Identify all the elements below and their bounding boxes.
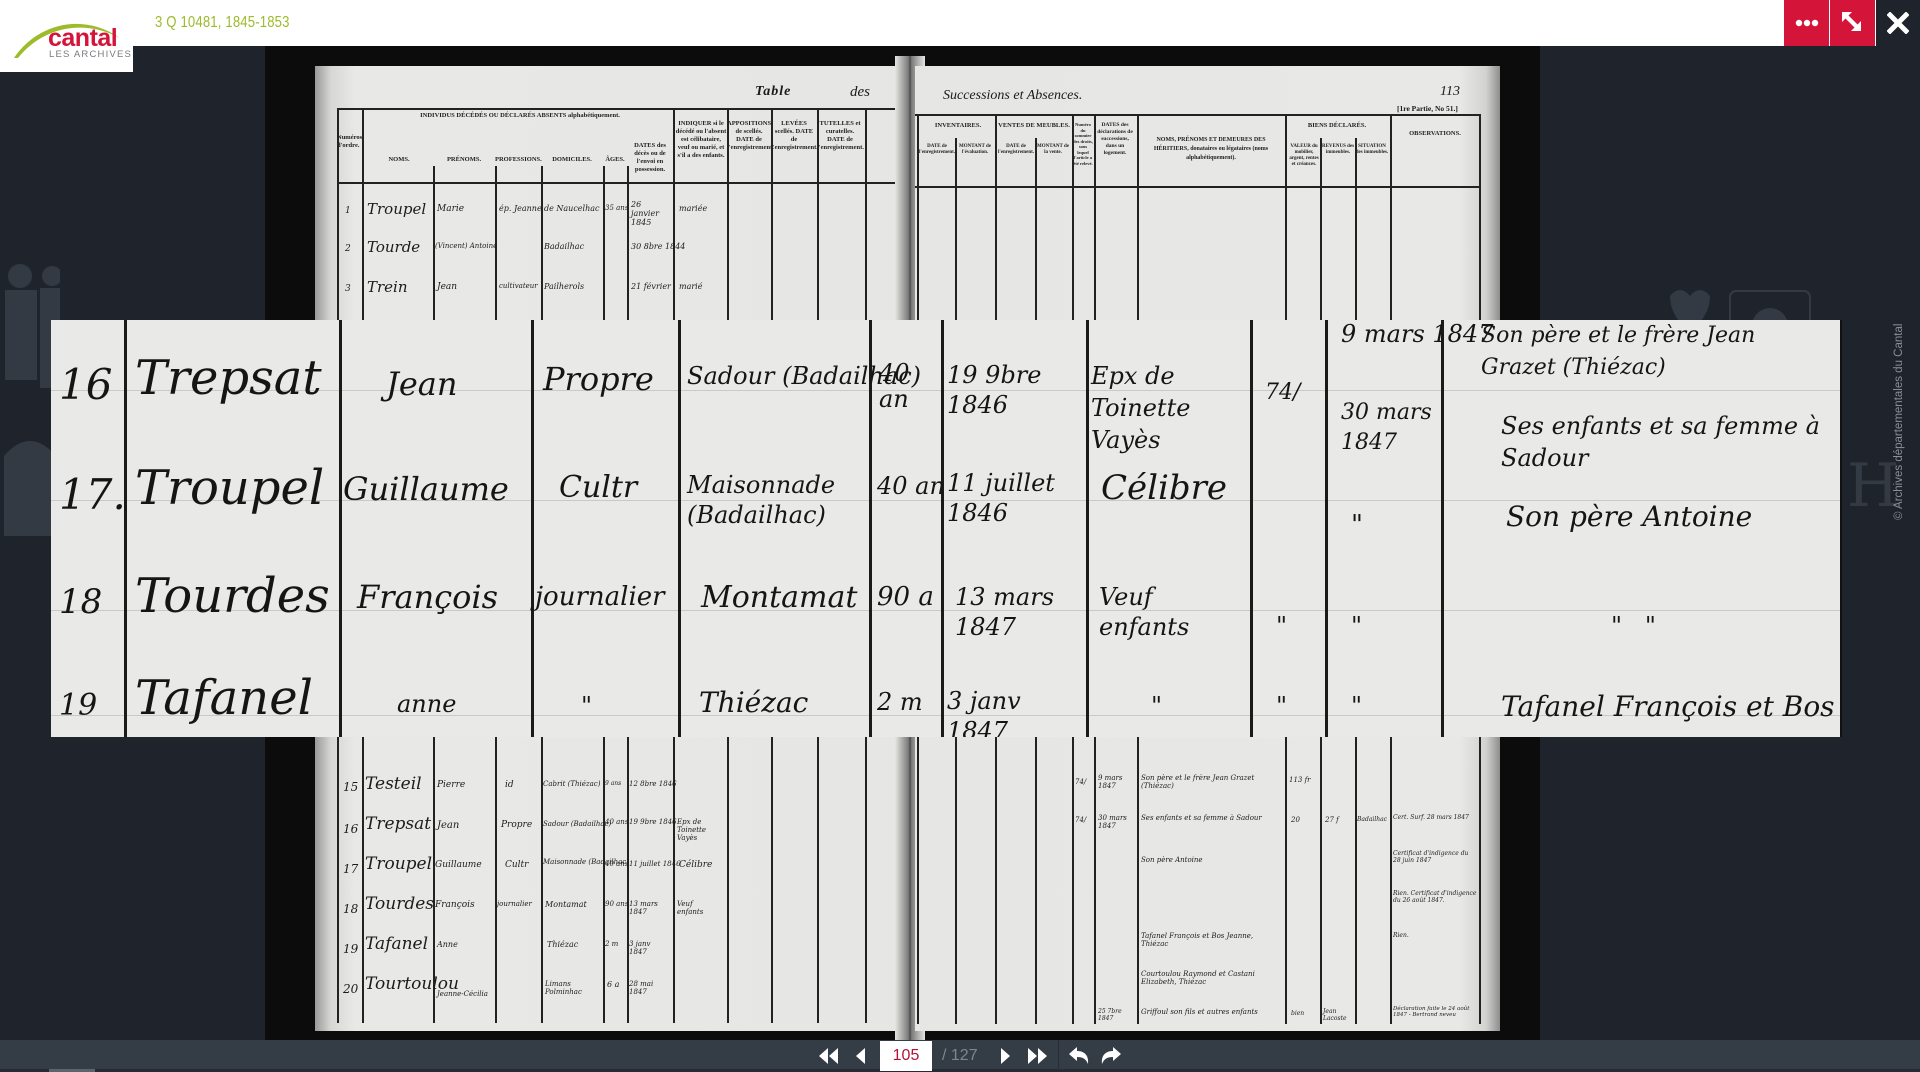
header-numeros: Numéros d'ordre. (337, 134, 359, 150)
row-heirs: Son père et le frère Jean Grazet (Thiéza… (1141, 774, 1281, 790)
row-profession: Propre (501, 820, 532, 830)
rotate-left-button[interactable] (1063, 1040, 1095, 1072)
row-situation: Badailhac (1357, 816, 1387, 823)
toolbar-divider (1058, 1040, 1059, 1072)
row-firstname: Pierre (437, 780, 465, 790)
row-domicile: de Naucelhac (544, 204, 600, 213)
row-date: 3 janv 1847 (947, 686, 1067, 737)
row-heirs: Tafanel François et Bos (1501, 690, 1835, 723)
lens-heirs: Son père et le frère Jean Grazet (Thiéza… (1481, 320, 1821, 384)
row-heirs: Ses enfants et sa femme à Sadour (1141, 814, 1281, 822)
fullscreen-button[interactable] (1830, 0, 1875, 46)
row-age: 40 ans (605, 818, 628, 826)
row-status: Veuf enfants (1099, 582, 1239, 642)
row-name: Trein (367, 278, 408, 296)
row-date: 28 mai 1847 (629, 980, 669, 996)
row-firstname: Jean (437, 820, 459, 831)
row-profession: id (505, 780, 514, 790)
row-firstname: Guillaume (343, 470, 509, 508)
row-age: 6 a (607, 980, 619, 989)
header-ventes-date: DATE de l'enregistrement. (997, 144, 1035, 156)
row-profession: cultivateur (499, 282, 538, 290)
page-number-input[interactable] (880, 1041, 932, 1071)
row-name: Troupel (367, 200, 426, 218)
page-total: / 127 (942, 1047, 978, 1065)
pagination-controls: / 127 (812, 1040, 1127, 1072)
row-age: 9 ans (605, 780, 621, 787)
row-age: 40 an (879, 360, 935, 412)
row-status: mariée (679, 204, 707, 213)
row-status: Célibre (1101, 468, 1227, 508)
row-firstname: François (435, 900, 475, 910)
row-age: 2 m (605, 940, 618, 948)
row-name: Tafanel (365, 934, 428, 954)
row-number: 16 (59, 360, 112, 409)
rotate-right-button[interactable] (1095, 1040, 1127, 1072)
row-profession: Propre (543, 360, 654, 398)
row-revenue: Jean Lacoste (1323, 1008, 1355, 1022)
row-status: Célibre (679, 860, 712, 870)
copyright-notice: © Archives départementales du Cantal (1893, 324, 1905, 520)
column-line (941, 320, 944, 737)
next-page-button[interactable] (990, 1040, 1022, 1072)
first-page-button[interactable] (812, 1040, 844, 1072)
row-heirs: Ses enfants et sa femme à Sadour (1501, 410, 1831, 474)
header-indiquer: INDIQUER si le décédé ou l'absent est cé… (675, 120, 727, 160)
row-domicile: Cabrit (Thiézac) (543, 780, 600, 788)
column-line (1441, 320, 1444, 737)
row-firstname: Anne (437, 940, 458, 949)
row-number: 17. (59, 470, 126, 519)
header-observations: OBSERVATIONS. (1393, 130, 1477, 138)
header-sommier: Numéro du sommier des droits, sous leque… (1073, 122, 1093, 166)
row-date: 30 8bre 1844 (631, 242, 685, 251)
column-line (531, 320, 534, 737)
chevron-right-icon (1000, 1047, 1012, 1065)
row-heirs: Son père Antoine (1141, 856, 1203, 864)
row-domicile: Thiézac (547, 940, 578, 949)
row-name: Tourdes (365, 894, 434, 914)
row-age: 35 ans (605, 204, 628, 212)
header-rule-bottom (915, 186, 1480, 188)
row-date: 13 mars 1847 (955, 582, 1075, 642)
row-date: 12 8bre 1846 (629, 780, 677, 788)
row-status: " (1151, 692, 1162, 720)
row-value: 113 fr (1289, 776, 1311, 784)
row-number: 15 (343, 780, 358, 794)
row-name: Trepsat (365, 814, 431, 834)
row-sommier: 74/ (1265, 380, 1300, 405)
row-date: 11 juillet 1846 (629, 860, 681, 868)
row-firstname: Guillaume (435, 860, 482, 870)
column-line (1325, 320, 1328, 737)
row-status: Epx de Toinette Vayès (1091, 360, 1247, 456)
row-firstname: Jean (386, 365, 457, 403)
row-status: Veuf enfants (677, 900, 717, 916)
row-name: Tafanel (135, 670, 313, 726)
header-professions: PROFESSIONS. (495, 156, 541, 164)
expand-arrows-icon (1840, 10, 1866, 36)
row-domicile: Limans Polminhac (545, 980, 601, 996)
row-observations: Rien. (1393, 932, 1409, 939)
row-decl-date: " (1351, 692, 1362, 720)
row-domicile: Montamat (701, 580, 857, 615)
row-number: 3 (345, 284, 351, 294)
row-name: Troupel (135, 460, 324, 516)
chevron-left-icon (854, 1047, 866, 1065)
row-heirs: " " (1611, 612, 1656, 640)
header-dates-declarations: DATES des déclarations de successions, d… (1095, 122, 1135, 157)
row-name: Tourdes (135, 568, 330, 624)
previous-page-button[interactable] (844, 1040, 876, 1072)
folio-number: 113 (1440, 84, 1460, 100)
row-profession: Cultr (559, 470, 637, 505)
row-number: 18 (59, 582, 102, 622)
row-decl-date: " (1351, 510, 1363, 540)
row-status: Epx de Toinette Vayès (677, 818, 723, 842)
part-label: [1re Partie, No 51.] (1397, 104, 1458, 113)
row-domicile: Badailhac (544, 242, 584, 251)
svg-text:H: H (1847, 451, 1899, 521)
header-noms: NOMS. (365, 156, 433, 164)
last-page-button[interactable] (1022, 1040, 1054, 1072)
row-decl-date: 9 mars 1847 (1098, 774, 1134, 790)
row-heirs: Griffoul son fils et autres enfants (1141, 1008, 1281, 1016)
row-date: 3 janv 1847 (629, 940, 669, 956)
header-valeur: VALEUR du mobilier, argent, rentes et cr… (1287, 144, 1321, 168)
more-options-button[interactable] (1784, 0, 1829, 46)
magnifier-lens[interactable]: 9 mars 1847 Son père et le frère Jean Gr… (51, 320, 1842, 737)
row-heirs: Son père Antoine (1506, 500, 1752, 533)
header-tutelles: TUTELLES et curatelles. DATE de l'enregi… (817, 120, 863, 152)
row-number: 19 (343, 942, 358, 956)
row-decl-date: " (1351, 612, 1362, 640)
row-age: 90 a (877, 582, 934, 612)
row-domicile: Pailherols (544, 282, 584, 291)
row-number: 20 (343, 982, 358, 996)
row-date: 13 mars 1847 (629, 900, 671, 916)
row-firstname: anne (397, 690, 456, 718)
column-line (678, 320, 681, 737)
header-dates: DATES des décès ou de l'envoi en possess… (627, 142, 673, 174)
row-observations: Cert. Surf. 28 mars 1847 (1393, 814, 1477, 821)
row-number: 1 (345, 206, 351, 216)
row-number: 16 (343, 822, 358, 836)
header-domiciles: DOMICILES. (541, 156, 603, 164)
row-name: Troupel (365, 854, 432, 874)
header-situation: SITUATION des immeubles. (1355, 144, 1389, 156)
header-prenoms: PRÉNOMS. (433, 156, 495, 164)
row-number: 17 (343, 862, 358, 876)
row-name: Trepsat (135, 350, 322, 406)
row-decl-date: 30 mars 1847 (1341, 398, 1437, 458)
row-heirs: Tafanel François et Bos Jeanne, Thiézac (1141, 932, 1281, 948)
row-profession: journalier (535, 582, 665, 612)
row-name: Testeil (365, 774, 422, 794)
double-chevron-right-icon (1027, 1047, 1049, 1065)
header-individus-group: INDIVIDUS DÉCÉDÉS OU DÉCLARÉS ABSENTS al… (365, 112, 675, 120)
printed-title-left-2: des (850, 84, 870, 101)
document-title: 3 Q 10481, 1845-1853 (155, 12, 290, 34)
row-value: bien (1291, 1010, 1304, 1017)
double-chevron-left-icon (817, 1047, 839, 1065)
row-age: 40 an (877, 472, 945, 500)
row-domicile: Thiézac (699, 686, 808, 719)
logo[interactable]: cantal LES ARCHIVES (0, 0, 133, 72)
row-decl-date: 30 mars 1847 (1098, 814, 1134, 830)
row-domicile: Sadour (Badailhac) (543, 820, 611, 828)
column-line (1250, 320, 1253, 737)
row-sommier: 74/ (1075, 778, 1086, 786)
row-date: 19 9bre 1846 (629, 818, 677, 826)
header-appositions: APPOSITIONS de scellés. DATE de l'enregi… (727, 120, 771, 152)
row-date: 19 9bre 1846 (947, 360, 1081, 420)
header-rule-top (915, 114, 1480, 116)
row-age: 2 m (877, 688, 923, 716)
row-firstname: (Vincent) Antoine (435, 242, 497, 250)
row-observations: Rien. Certificat d'indigence du 26 août … (1393, 890, 1477, 904)
printed-title-left: Table (755, 84, 791, 100)
row-date: 21 février (631, 282, 671, 291)
row-status: marié (679, 282, 702, 291)
row-domicile: Maisonnade (Badailhac) (687, 470, 867, 530)
lens-decl-date: 9 mars 1847 (1341, 320, 1493, 348)
row-sommier: " (1276, 612, 1287, 640)
close-icon (1887, 12, 1909, 34)
row-date: 26 janvier 1845 (631, 200, 671, 227)
row-name: Tourde (367, 238, 420, 256)
header-ventes: VENTES DE MEUBLES. (997, 122, 1071, 130)
row-decl-date: 25 7bre 1847 (1098, 1008, 1134, 1022)
column-line (339, 320, 342, 737)
row-sommier: 74/ (1075, 816, 1086, 824)
row-number: 19 (59, 688, 97, 723)
logo-wordmark: cantal (48, 26, 117, 51)
row-number: 18 (343, 902, 358, 916)
header-inventaires: INVENTAIRES. (923, 122, 993, 130)
rotate-right-icon (1100, 1046, 1122, 1066)
logo-subtitle: LES ARCHIVES (49, 50, 132, 60)
row-firstname: Jean (437, 282, 457, 292)
header-ages: ÂGES. (603, 156, 627, 164)
row-date: 11 juillet 1846 (947, 468, 1081, 528)
row-heirs: Courtoulou Raymond et Castani Elizabeth,… (1141, 970, 1281, 986)
row-age: 40 ans (605, 860, 628, 868)
row-firstname: François (357, 578, 498, 616)
row-firstname: Marie (437, 204, 464, 214)
row-observations: Déclaration faite le 24 août 1847 - Bert… (1393, 1006, 1477, 1018)
row-profession: ép. Jeanne (499, 204, 542, 213)
row-observations: Certificat d'indigence du 28 juin 1847 (1393, 850, 1477, 864)
row-revenue: 27 f (1325, 816, 1339, 824)
header-inv-date: DATE de l'enregistrement. (919, 144, 955, 156)
row-number: 2 (345, 244, 351, 254)
row-age: 90 ans (605, 900, 628, 908)
row-profession: " (581, 692, 592, 720)
header-inv-montant: MONTANT de l'évaluation. (957, 144, 993, 156)
header-ventes-montant: MONTANT de la vente. (1035, 144, 1071, 156)
header-levees: LEVÉES scellés. DATE de l'enregistrement… (771, 120, 817, 152)
row-domicile: Montamat (545, 900, 587, 909)
ellipsis-icon (1795, 19, 1819, 27)
row-value: 20 (1291, 816, 1300, 824)
header-heritiers: NOMS, PRÉNOMS ET DEMEURES DES HÉRITIERS,… (1141, 136, 1281, 163)
header-biens-declares: BIENS DÉCLARÉS. (1287, 122, 1387, 130)
row-sommier: " (1276, 692, 1287, 720)
row-firstname: Jeanne-Cécilia (437, 990, 488, 998)
close-button[interactable] (1876, 0, 1920, 46)
column-line (1086, 320, 1089, 737)
row-profession: journalier (497, 900, 532, 908)
rotate-left-icon (1068, 1046, 1090, 1066)
column-line (124, 320, 127, 737)
printed-title-right: Successions et Absences. (943, 88, 1082, 104)
row-profession: Cultr (505, 860, 528, 870)
header-revenu: REVENUS des immeubles. (1321, 144, 1355, 156)
